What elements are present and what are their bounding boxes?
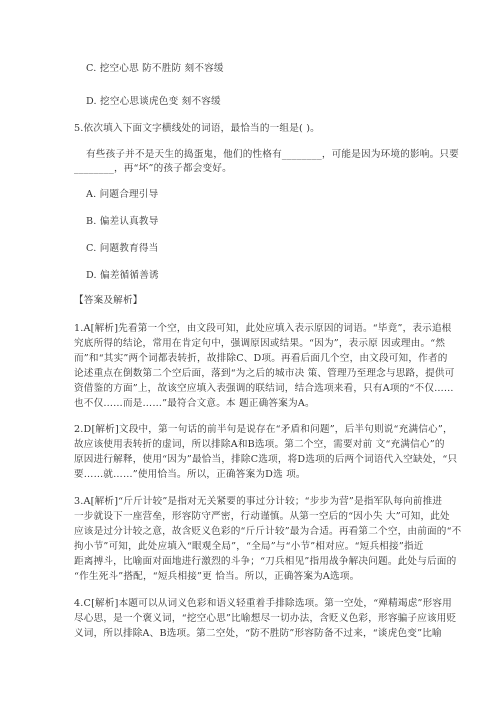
- answer-3-line: 拘小节”可知，此处应填入“眼观全局”，“全局”与“小节”相对应。“短兵相接”指近: [74, 540, 424, 553]
- document-page: C. 挖空心思 防不胜防 刻不容缓 D. 挖空心思谈虎色变 刻不容缓 5.依次填…: [0, 0, 500, 707]
- answer-1-line: 也不仅……而是……”最符合文意。本 题正确答案为A。: [74, 397, 315, 410]
- answer-2-line: 故应该使用表转折的虚词，所以排除A和B选项。第二个空，需要对前 文“充满信心”的: [74, 438, 445, 451]
- q5-option-a: A. 问题合理引导: [86, 188, 158, 201]
- answer-4-line: 义词，所以排除A、B选项。第二空处，“防不胜防”形容防备不过来，“谈虎色变”比喻: [74, 627, 442, 640]
- answer-4-line: 尽心思，是一个褒义词，“挖空心思”比喻想尽一切办法，含贬义色彩，形容骗子应该用贬: [74, 612, 456, 625]
- answer-4-line: 4.C[解析]本题可以从词义色彩和语义轻重着手排除选项。第一空处，“殚精竭虑”形…: [74, 597, 452, 610]
- answers-heading: 【答案及解析】: [74, 294, 143, 307]
- answer-2-line: 原因进行解释，使用“因为”最恰当，排除C选项，将D选项的后两个词语代入空缺处，“…: [74, 453, 457, 466]
- q5-option-c: C. 问题教育得当: [86, 242, 158, 255]
- answer-3-line: 3.A[解析]“斤斤计较”是指对无关紧要的事过分计较；“步步为营”是指军队每向前…: [74, 495, 442, 508]
- answer-1-line: 而”和“其实”两个词都表转折，故排除C、D项。再看后面几个空，由文段可知，作者的: [74, 352, 448, 365]
- answer-1-line: 1.A[解析]先看第一个空，由文段可知，此处应填入表示原因的词语。“毕竟”，表示…: [74, 322, 452, 335]
- answer-3-line: 应该是过分计较之意，故含贬义色彩的“斤斤计较”最为合适。再看第二个空，由前面的“…: [74, 525, 461, 538]
- answer-2-line: 2.D[解析]文段中，第一句话的前半句是说存在“矛盾和问题”，后半句则说“充满信…: [74, 423, 453, 436]
- answer-2-line: 要……就……”使用恰当。所以，正确答案为D选 项。: [74, 468, 306, 481]
- answer-3-line: 距离搏斗，比喻面对面地进行激烈的斗争；“刀兵相见”指用战争解决问题。此处与后面的: [74, 555, 456, 568]
- q5-passage-line: ________，再“坏”的孩子都会变好。: [74, 162, 232, 175]
- q4-option-d: D. 挖空心思谈虎色变 刻不容缓: [86, 95, 221, 108]
- q4-option-c: C. 挖空心思 防不胜防 刻不容缓: [86, 62, 224, 75]
- answer-1-line: 资借鉴的方面”上，故该空应填入表强调的联结词，结合选项来看，只有A项的“不仅……: [74, 382, 454, 395]
- answer-1-line: 究底所得的结论，常用在肯定句中，强调原因或结果。“因为”，表示原 因或理由。“然: [74, 337, 445, 350]
- answer-1-line: 论述重点在倒数第二个空后面，落到“为之后的城市决 策、管理乃至理念与思路，提供可: [74, 367, 455, 380]
- q5-passage-line: 有些孩子并不是天生的捣蛋鬼，他们的性格有________，可能是因为环境的影响。…: [86, 148, 459, 161]
- q5-prompt: 5.依次填入下面文字横线处的词语，最恰当的一组是( )。: [74, 122, 320, 135]
- answer-3-line: 一步就设下一座营垒，形容防守严密，行动谨慎。从第一空后的“因小失 大”可知，此处: [74, 510, 450, 523]
- q5-option-b: B. 偏差认真教导: [86, 215, 159, 228]
- answer-3-line: “作生死斗”搭配，“短兵相接”更 恰当。所以，正确答案为A选项。: [74, 570, 359, 583]
- q5-option-d: D. 偏差循循善诱: [86, 269, 159, 282]
